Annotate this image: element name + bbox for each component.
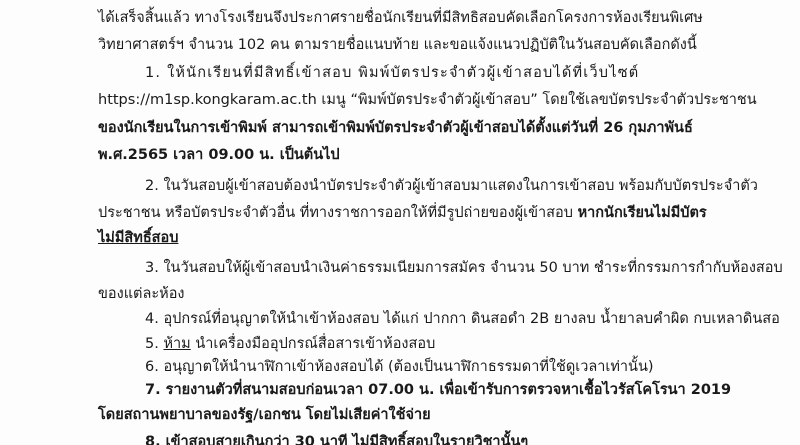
item-2-warning: หากนักเรียนไม่มีบัตร — [578, 205, 707, 221]
item-1-text: ให้นักเรียนที่มีสิทธิ์เข้าสอบ พิมพ์บัตรป… — [167, 65, 639, 81]
item-3-text: ในวันสอบให้ผู้เข้าสอบนำเงินค่าธรรมเนียมก… — [163, 260, 782, 276]
item-1-line-3: ของนักเรียนในการเข้าพิมพ์ สามารถเข้าพิมพ… — [98, 118, 693, 138]
item-6-number: 6. — [145, 359, 159, 375]
item-1-line-2: https://m1sp.kongkaram.ac.th เมนู “พิมพ์… — [98, 90, 757, 110]
item-2-text: ในวันสอบผู้เข้าสอบต้องนำบัตรประจำตัวผู้เ… — [163, 178, 757, 194]
item-7-line-1: 7. รายงานตัวที่สนามสอบก่อนเวลา 07.00 น. … — [145, 380, 731, 400]
item-1-line-4: พ.ศ.2565 เวลา 09.00 น. เป็นต้นไป — [98, 145, 340, 165]
item-5-line-1: 5. ห้าม นำเครื่องมืออุปกรณ์สื่อสารเข้าห้… — [145, 334, 435, 354]
item-1-number: 1. — [145, 65, 161, 81]
intro-line-2: วิทยาศาสตร์ฯ จำนวน 102 คน ตามรายชื่อแนบท… — [98, 35, 697, 55]
item-3-line-1: 3. ในวันสอบให้ผู้เข้าสอบนำเงินค่าธรรมเนี… — [145, 258, 783, 278]
item-7-number: 7. — [145, 382, 161, 398]
item-6-line-1: 6. อนุญาตให้นำนาฬิกาเข้าห้องสอบได้ (ต้อง… — [145, 357, 654, 377]
item-8-text: เข้าสอบสายเกินกว่า 30 นาที — [166, 434, 353, 445]
item-5-number: 5. — [145, 336, 159, 352]
item-4-text: อุปกรณ์ที่อนุญาตให้นำเข้าห้องสอบ ได้แก่ … — [163, 311, 779, 327]
intro-line-1: ได้เสร็จสิ้นแล้ว ทางโรงเรียนจึงประกาศราย… — [98, 8, 703, 28]
item-2-number: 2. — [145, 178, 159, 194]
item-4-line-1: 4. อุปกรณ์ที่อนุญาตให้นำเข้าห้องสอบ ได้แ… — [145, 309, 780, 329]
item-2-text-2: ประชาชน หรือบัตรประจำตัวอื่น ที่ทางราชกา… — [98, 205, 578, 221]
item-5-prohibit: ห้าม — [163, 336, 190, 352]
item-1-menu-text: เมนู “พิมพ์บัตรประจำตัวผู้เข้าสอบ” โดยใช… — [317, 92, 757, 108]
item-2-line-2: ประชาชน หรือบัตรประจำตัวอื่น ที่ทางราชกา… — [98, 203, 707, 223]
item-3-number: 3. — [145, 260, 159, 276]
item-7-line-2: โดยสถานพยาบาลของรัฐ/เอกชน โดยไม่เสียค่าใ… — [98, 405, 431, 425]
item-4-number: 4. — [145, 311, 159, 327]
item-6-text: อนุญาตให้นำนาฬิกาเข้าห้องสอบได้ (ต้องเป็… — [163, 359, 653, 375]
item-2-line-1: 2. ในวันสอบผู้เข้าสอบต้องนำบัตรประจำตัวผ… — [145, 176, 758, 196]
website-url: https://m1sp.kongkaram.ac.th — [98, 92, 317, 108]
item-8-number: 8. — [145, 434, 161, 445]
item-2-no-right-notice: ไม่มีสิทธิ์สอบ — [98, 228, 178, 248]
item-5-text: นำเครื่องมืออุปกรณ์สื่อสารเข้าห้องสอบ — [191, 336, 436, 352]
item-1-line-1: 1. ให้นักเรียนที่มีสิทธิ์เข้าสอบ พิมพ์บั… — [145, 63, 639, 83]
item-8-no-right: ไม่มีสิทธิ์สอบในรายวิชานั้นๆ — [353, 434, 529, 445]
item-7-text: รายงานตัวที่สนามสอบก่อนเวลา 07.00 น. เพื… — [166, 382, 731, 398]
item-3-line-2: ของแต่ละห้อง — [98, 284, 184, 304]
scanned-document-page: ได้เสร็จสิ้นแล้ว ทางโรงเรียนจึงประกาศราย… — [0, 0, 800, 445]
item-8-line-1: 8. เข้าสอบสายเกินกว่า 30 นาที ไม่มีสิทธิ… — [145, 432, 528, 445]
